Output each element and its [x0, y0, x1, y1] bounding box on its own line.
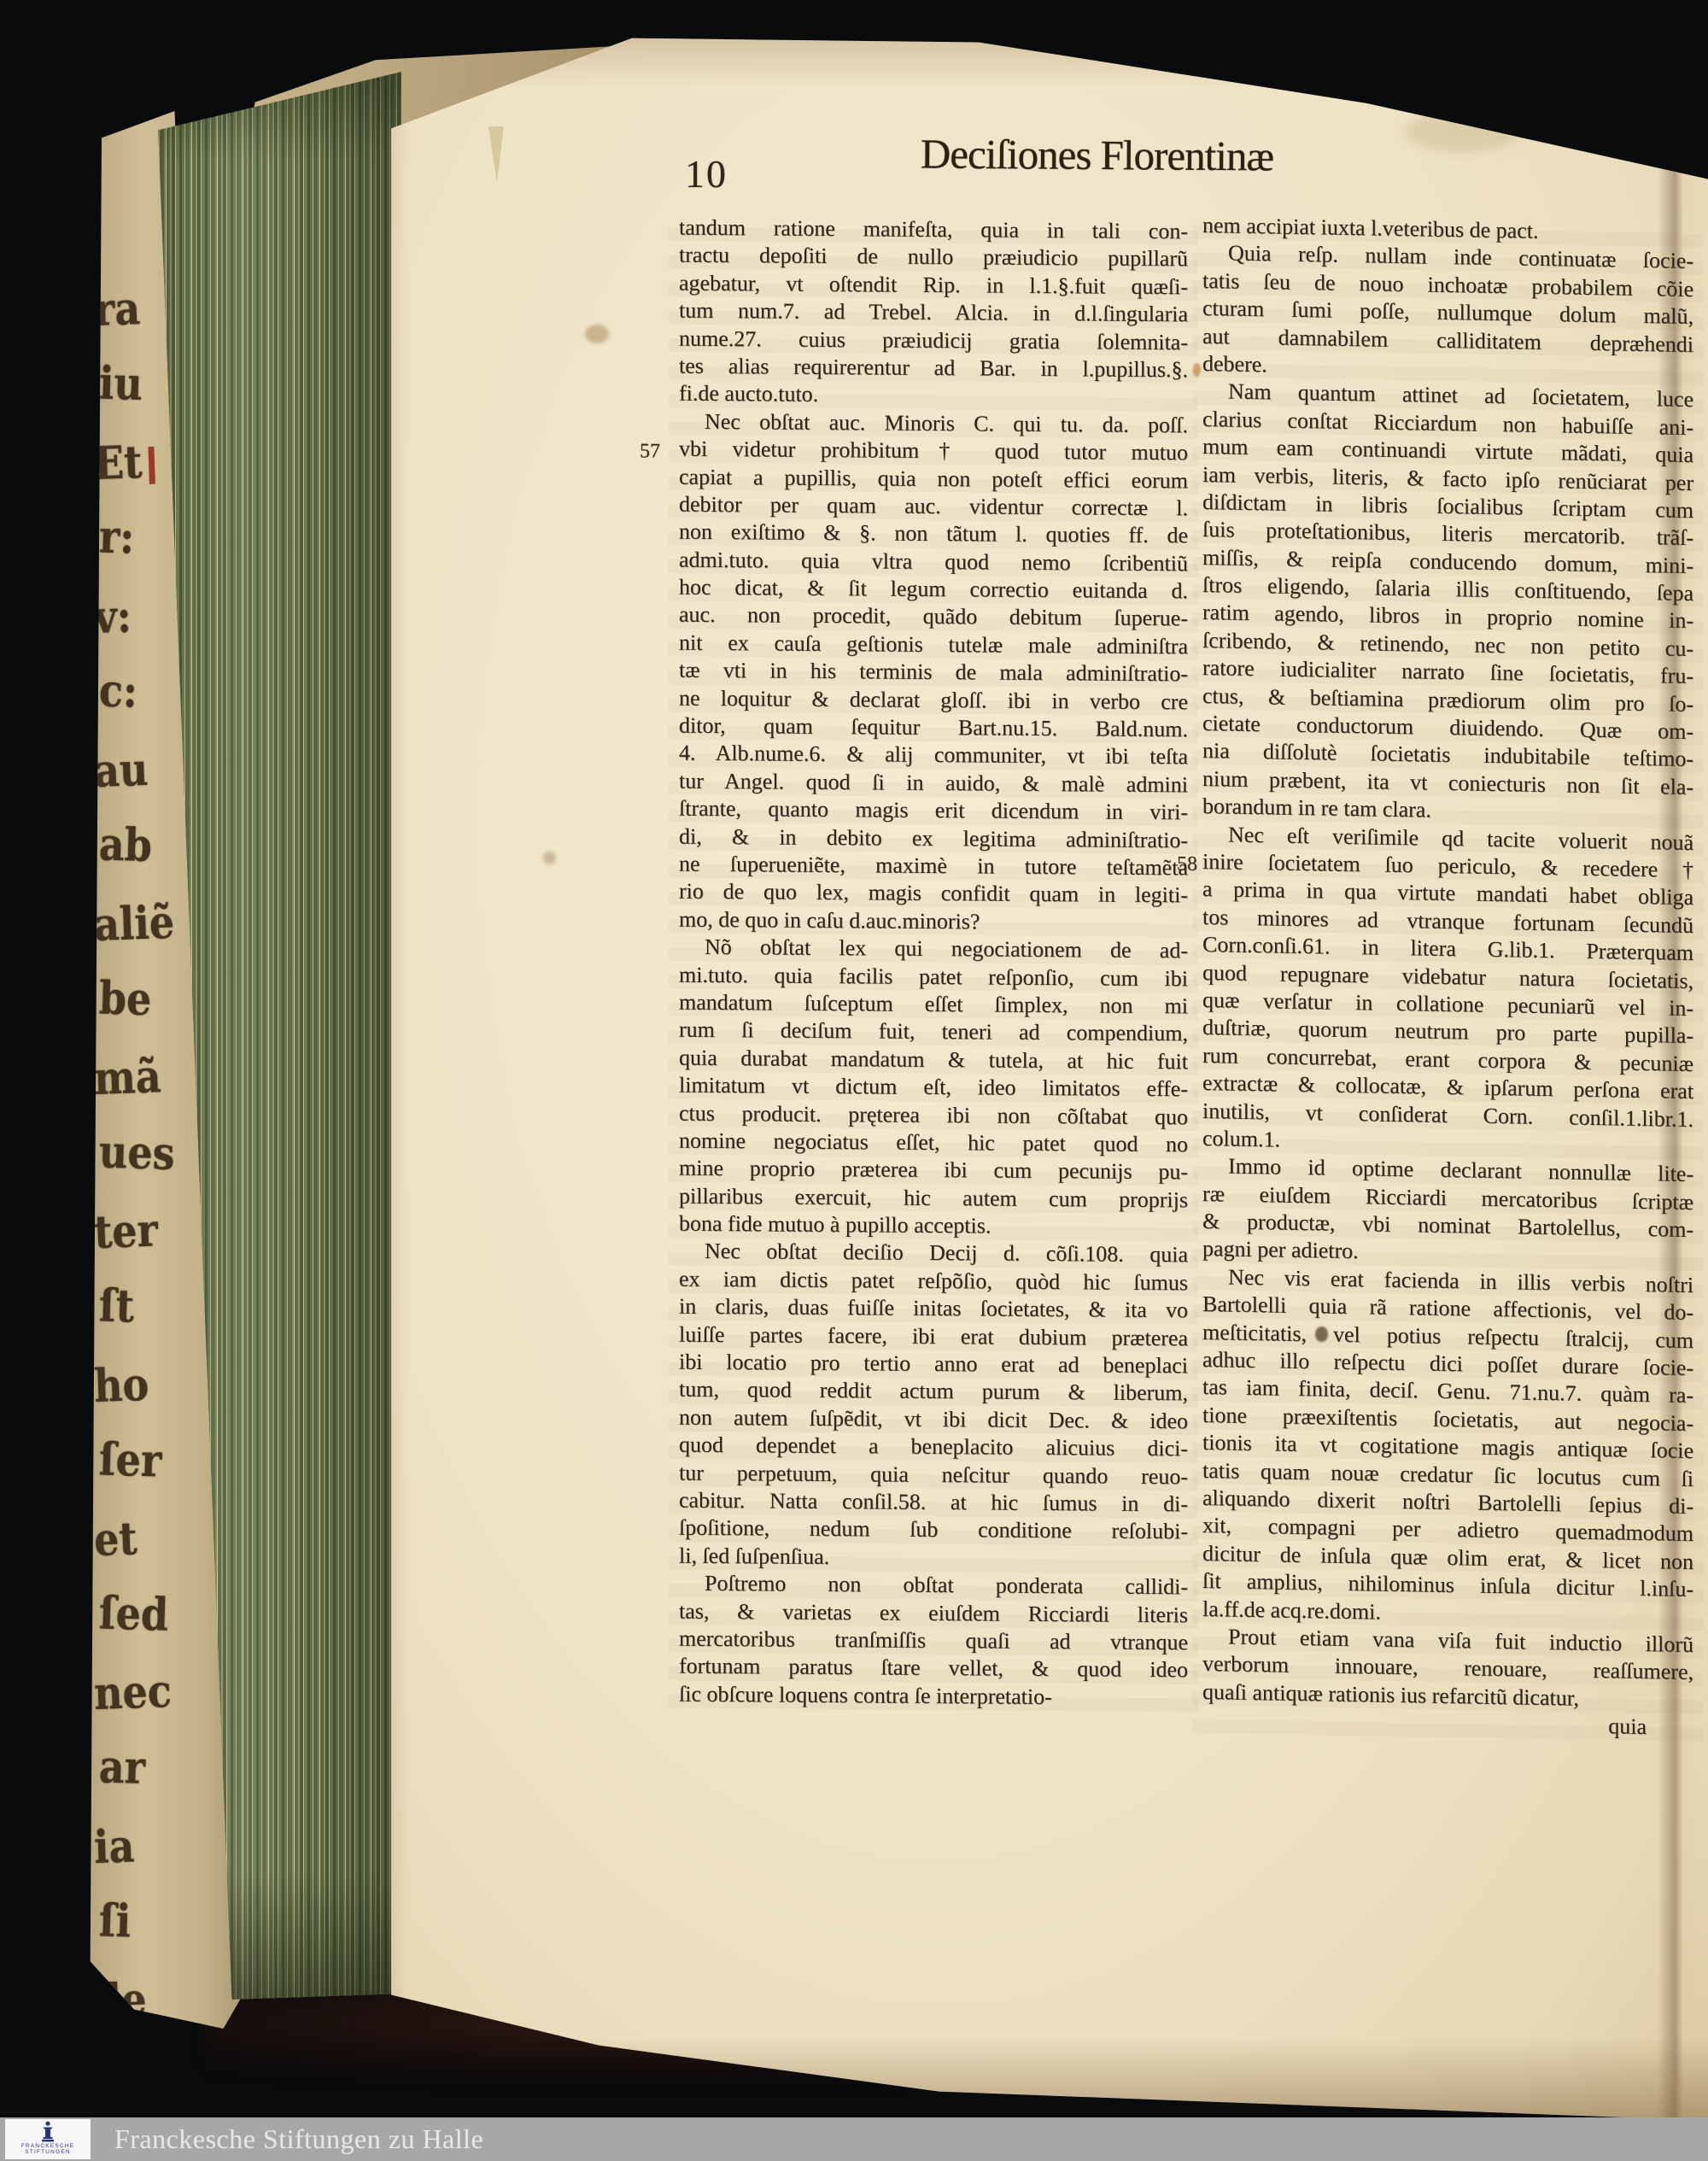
- text-line: admi.tuto. quia vltra quod nemo ſcribent…: [679, 546, 1188, 577]
- page-title: Deciſiones Florentinæ: [921, 130, 1274, 181]
- text-line: mandatum ſuſceptum eſſet ſimplex, non mi: [679, 989, 1188, 1021]
- text-line: non autem ſuſpẽdit, vt ibi dicit Dec. & …: [679, 1403, 1188, 1435]
- text-line: nume.27. cuius præiudicij gratia ſolemni…: [679, 325, 1188, 356]
- text-line: mi.tuto. quia facilis patet reſponſio, c…: [679, 961, 1188, 993]
- text-column-left: tandum ratione manifeſta, quia in tali c…: [679, 214, 1188, 1713]
- logo-text-line2: STIFTUNGEN: [5, 2149, 91, 2155]
- margin-number: 58: [1177, 851, 1197, 879]
- text-line: di, & in debito ex legitima adminiſtrati…: [679, 823, 1188, 854]
- text-line: mo, de quo in caſu d.auc.minoris?: [679, 905, 1188, 937]
- text-line: nit ex cauſa geſtionis tutelæ male admin…: [679, 630, 1188, 661]
- text-line: tas, & varietas ex eiuſdem Ricciardi lit…: [679, 1597, 1188, 1629]
- text-line: vbi videtur prohibitum† quod tutor mutuo: [679, 436, 1188, 467]
- paper-stain: [1193, 363, 1201, 377]
- text-line: in claris, duas fuiſſe initas ſocietates…: [679, 1293, 1188, 1325]
- franckesche-stiftungen-logo: FRANCKESCHE STIFTUNGEN: [5, 2119, 91, 2159]
- footer-bar: FRANCKESCHE STIFTUNGEN Franckesche Stift…: [0, 2117, 1708, 2161]
- text-line: luiſſe partes facere, ibi erat dubium pr…: [679, 1321, 1188, 1352]
- text-line: ex iam dictis patet reſpõſio, quòd hic ſ…: [679, 1266, 1188, 1297]
- page-number: 10: [685, 151, 728, 196]
- footer-institution-label: Franckesche Stiftungen zu Halle: [114, 2117, 483, 2161]
- margin-number: 57: [640, 437, 660, 466]
- text-line: mine proprio præterea ibi cum pecunijs p…: [679, 1155, 1188, 1186]
- text-column-right: nem accipiat iuxta l.veteribus de pact.Q…: [1202, 212, 1693, 1742]
- text-line: agebatur, vt oſtendit Rip. in l.1.§.fuit…: [679, 269, 1188, 301]
- text-line: auc. non procedit, quãdo debitum ſuperue…: [679, 601, 1188, 633]
- text-line: tur perpetuum, quia neſcitur quando reuo…: [679, 1459, 1188, 1490]
- paper-stain: [543, 852, 556, 864]
- text-line: tractu depoſiti de nullo præiudicio pupi…: [679, 242, 1188, 273]
- text-line: pillaribus exercuit, hic autem cum propr…: [679, 1182, 1188, 1214]
- text-line: nomine negociatus eſſet, hic patet quod …: [679, 1127, 1188, 1159]
- text-line: 4. Alb.nume.6. & alij communiter, vt ibi…: [679, 740, 1188, 771]
- text-line: tes alias requirerentur ad Bar. in l.pup…: [679, 353, 1188, 384]
- logo-text-line1: FRANCKESCHE: [5, 2143, 91, 2149]
- text-line: Poſtremo non obſtat ponderata callidi-: [679, 1570, 1188, 1602]
- text-line: non exiſtimo & §. non tãtum l. quoties f…: [679, 518, 1188, 550]
- text-line: quia durabat mandatum & tutela, at hic f…: [679, 1044, 1188, 1075]
- text-line: capiat a pupillis, quia non poteſt effic…: [679, 463, 1188, 495]
- text-line: ne loquitur & declarat gloſſ. ibi in ver…: [679, 684, 1188, 716]
- text-line: li, ſed ſuſpenſiua.: [679, 1542, 1188, 1573]
- text-line: ibi locatio pro tertio anno erat ad bene…: [679, 1349, 1188, 1380]
- text-line: rum ſi deciſum fuit, teneri ad compendiu…: [679, 1016, 1188, 1048]
- stiftungen-emblem-icon: [38, 2121, 57, 2143]
- text-line: debitor per quam auc. videntur correctæ …: [679, 491, 1188, 523]
- text-line: limitatum vt dictum eſt, ideo limitatos …: [679, 1072, 1188, 1104]
- manuscript-fragment: de: [92, 1953, 224, 2046]
- paper-stain: [585, 325, 609, 343]
- text-line: cabitur. Natta conſil.58. at hic ſumus i…: [679, 1487, 1188, 1519]
- text-line: ditor, quam ſequitur Bart.nu.15. Bald.nu…: [679, 712, 1188, 744]
- text-line: fortunam paratus ſtare vellet, & quod id…: [679, 1653, 1188, 1684]
- text-line: fi.de aucto.tuto.: [679, 380, 1188, 412]
- text-line: rio de quo lex, magis confidit quam in l…: [679, 878, 1188, 910]
- text-line: ctus producit. pręterea ibi non cõſtabat…: [679, 1099, 1188, 1131]
- paper-stain: [1405, 111, 1520, 152]
- text-line: ſtrante, quanto magis erit dicendum in v…: [679, 795, 1188, 827]
- text-line: Nõ obſtat lex qui negociationem de ad-: [679, 934, 1188, 965]
- text-line: mercatoribus tranſmiſſis quaſi ad vtranq…: [679, 1625, 1188, 1657]
- text-line: tum num.7. ad Trebel. Alcia. in d.l.ſing…: [679, 297, 1188, 329]
- text-line: tur Angel. quod ſi in auido, & malè admi…: [679, 767, 1188, 799]
- text-line: tæ vti in his terminis de mala adminiſtr…: [679, 657, 1188, 688]
- text-line: tum, quod reddit actum purum & liberum,: [679, 1376, 1188, 1408]
- text-line: Nec obſtat auc. Minoris C. qui tu. da. p…: [679, 407, 1188, 439]
- text-line: hoc dicat, & ſit legum correctio euitand…: [679, 574, 1188, 606]
- text-line: ne ſuperueniẽte, maximè in tutore teſtam…: [679, 851, 1188, 882]
- scan-background: raiuEtr:v:c:auabaliẽbemãuesterſthoſeretſ…: [0, 0, 1708, 2161]
- text-line: bona fide mutuo à pupillo acceptis.: [679, 1210, 1188, 1242]
- text-line: Nec obſtat deciſio Decij d. cõſi.108. qu…: [679, 1238, 1188, 1269]
- text-line: ſpoſitione, nedum ſub conditione reſolub…: [679, 1514, 1188, 1546]
- text-line: tandum ratione manifeſta, quia in tali c…: [679, 214, 1188, 246]
- book-page: 10 Deciſiones Florentinæ tandum ratione …: [376, 21, 1708, 2121]
- text-line: ſic obſcure loquens contra ſe interpreta…: [679, 1680, 1188, 1712]
- text-line: quod dependet a beneplacito alicuius dic…: [679, 1432, 1188, 1463]
